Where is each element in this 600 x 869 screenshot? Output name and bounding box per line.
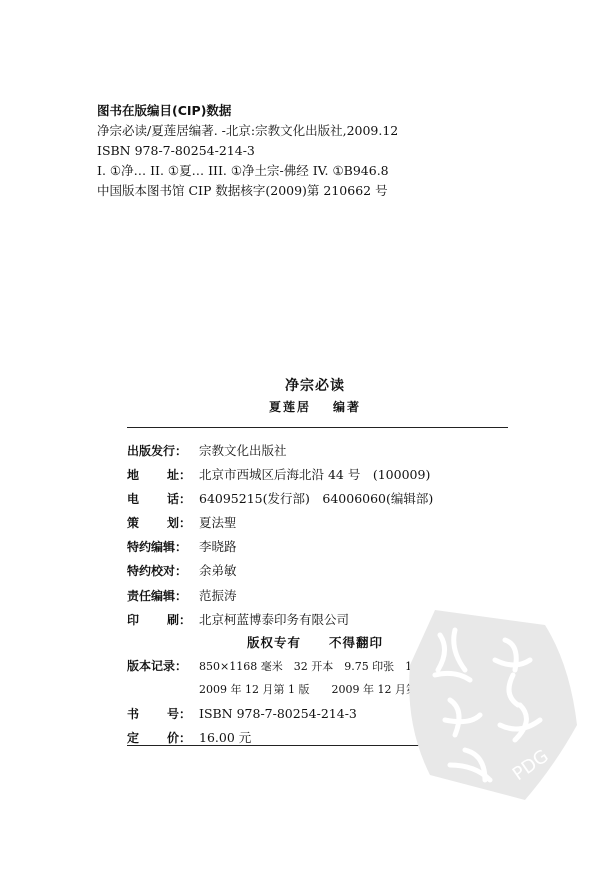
colophon-row-phone: 电话：64095215(发行部) 64006060(编辑部)	[127, 489, 433, 509]
cip-heading: 图书在版编目(CIP)数据	[97, 101, 398, 121]
colophon-row-special-proofreader: 特约校对：余弟敏	[127, 561, 237, 581]
value-printer: 北京柯蓝博泰印务有限公司	[199, 610, 349, 628]
cip-data-block: 图书在版编目(CIP)数据 净宗必读/夏莲居编著. -北京:宗教文化出版社,20…	[97, 101, 398, 201]
copyright-left: 版权专有	[247, 635, 301, 650]
copyright-right: 不得翻印	[329, 635, 383, 650]
value-special-editor: 李晓路	[199, 537, 237, 555]
label-planner-right: 划：	[167, 516, 191, 530]
label-special-editor: 特约编辑：	[127, 538, 199, 555]
value-isbn: ISBN 978-7-80254-214-3	[199, 706, 357, 721]
label-planner: 策划：	[127, 514, 199, 531]
label-publisher: 出版发行：	[127, 442, 199, 459]
book-title: 净宗必读	[0, 375, 600, 395]
colophon-row-planner: 策划：夏法聖	[127, 513, 237, 533]
label-address-right: 址：	[167, 468, 191, 482]
colophon-row-publisher: 出版发行：宗教文化出版社	[127, 441, 287, 461]
label-printer-left: 印	[127, 611, 167, 628]
top-divider	[127, 427, 508, 428]
cip-line-title: 净宗必读/夏莲居编著. -北京:宗教文化出版社,2009.12	[97, 121, 398, 141]
value-price: 16.00 元	[199, 728, 251, 746]
label-price-right: 价：	[167, 731, 191, 745]
colophon-row-printer: 印刷：北京柯蓝博泰印务有限公司	[127, 610, 349, 630]
label-printer-right: 刷：	[167, 613, 191, 627]
book-author-line: 夏莲居编著	[0, 398, 600, 415]
label-special-proofreader: 特约校对：	[127, 562, 199, 579]
value-responsible-editor: 范振涛	[199, 586, 237, 604]
value-planner: 夏法聖	[199, 513, 237, 531]
value-special-proofreader: 余弟敏	[199, 561, 237, 579]
label-isbn: 书号：	[127, 705, 199, 722]
colophon-row-special-editor: 特约编辑：李晓路	[127, 537, 237, 557]
label-planner-left: 策	[127, 514, 167, 531]
book-author: 夏莲居	[269, 400, 311, 414]
cip-line-isbn: ISBN 978-7-80254-214-3	[97, 141, 398, 161]
label-price: 定价：	[127, 729, 199, 746]
colophon-row-responsible-editor: 责任编辑：范振涛	[127, 586, 237, 606]
label-responsible-editor: 责任编辑：	[127, 587, 199, 604]
value-phone: 64095215(发行部) 64006060(编辑部)	[199, 489, 433, 507]
colophon-row-isbn: 书号：ISBN 978-7-80254-214-3	[127, 705, 357, 725]
book-author-role: 编著	[333, 400, 361, 414]
label-address: 地址：	[127, 466, 199, 483]
colophon-row-address: 地址：北京市西城区后海北沿 44 号 (100009)	[127, 465, 430, 485]
label-address-left: 地	[127, 466, 167, 483]
label-printer: 印刷：	[127, 611, 199, 628]
cip-line-classification: I. ①净… II. ①夏… III. ①净土宗-佛经 IV. ①B946.8	[97, 161, 398, 181]
value-address: 北京市西城区后海北沿 44 号 (100009)	[199, 465, 430, 483]
label-phone-left: 电	[127, 490, 167, 507]
label-isbn-right: 号：	[167, 707, 191, 721]
value-publisher: 宗教文化出版社	[199, 441, 287, 459]
label-phone-right: 话：	[167, 492, 191, 506]
label-isbn-left: 书	[127, 705, 167, 722]
seal-watermark-icon: PDG	[395, 605, 585, 805]
label-price-left: 定	[127, 729, 167, 746]
label-edition: 版本记录：	[127, 657, 199, 674]
cip-line-record-number: 中国版本图书馆 CIP 数据核字(2009)第 210662 号	[97, 181, 398, 201]
label-phone: 电话：	[127, 490, 199, 507]
